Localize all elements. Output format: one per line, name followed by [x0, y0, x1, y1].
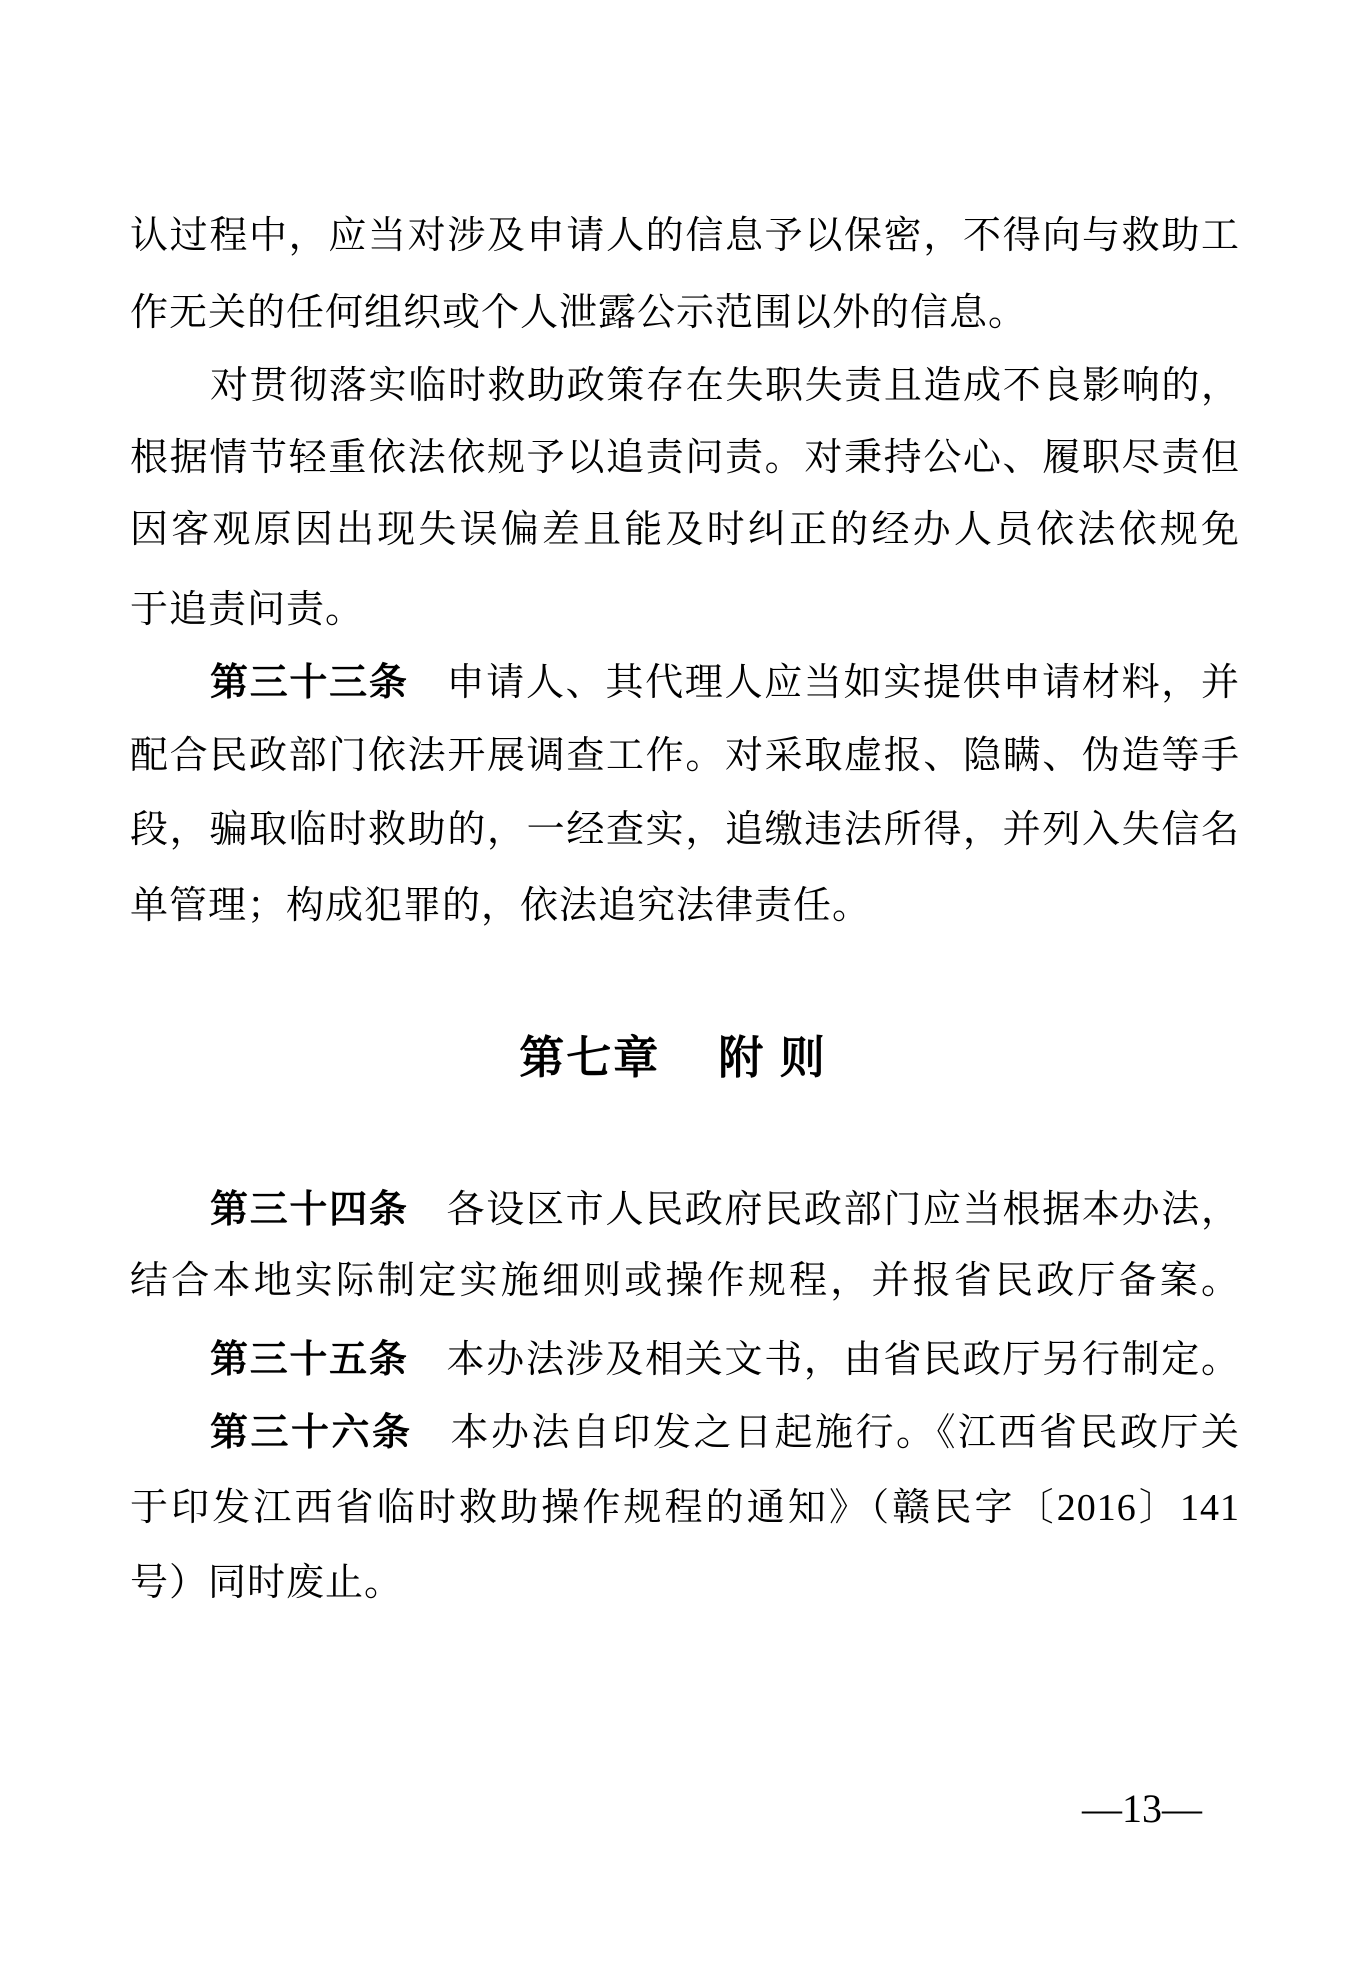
text-line: 于追责问责。 [130, 584, 1240, 636]
article-number: 第三十四条 [210, 1189, 409, 1231]
article-text: 各设区市人民政府民政部门应当根据本办法， [447, 1189, 1240, 1231]
text-line: 号）同时废止。 [130, 1557, 1240, 1609]
article-number: 第三十五条 [210, 1339, 409, 1381]
text-line-article-33: 第三十三条申请人、其代理人应当如实提供申请材料，并 [130, 657, 1240, 709]
article-text: 本办法自印发之日起施行。《江西省民政厅关 [451, 1412, 1240, 1454]
text-line: 结合本地实际制定实施细则或操作规程，并报省民政厅备案。 [130, 1255, 1240, 1307]
text-line: 对贯彻落实临时救助政策存在失职失责且造成不良影响的， [130, 360, 1240, 412]
article-text: 本办法涉及相关文书，由省民政厅另行制定。 [447, 1339, 1240, 1381]
chapter-heading: 第七章附 则 [0, 1030, 1346, 1086]
text-line: 单管理；构成犯罪的，依法追究法律责任。 [130, 880, 1240, 932]
text-line: 认过程中，应当对涉及申请人的信息予以保密，不得向与救助工 [130, 210, 1240, 262]
text-line: 配合民政部门依法开展调查工作。对采取虚报、隐瞒、伪造等手 [130, 730, 1240, 782]
article-text: 申请人、其代理人应当如实提供申请材料，并 [447, 662, 1240, 704]
text-line: 根据情节轻重依法依规予以追责问责。对秉持公心、履职尽责但 [130, 432, 1240, 484]
page-number: —13— [1082, 1786, 1202, 1832]
text-line: 因客观原因出现失误偏差且能及时纠正的经办人员依法依规免 [130, 504, 1240, 556]
document-page: 认过程中，应当对涉及申请人的信息予以保密，不得向与救助工 作无关的任何组织或个人… [0, 0, 1346, 1962]
text-line-article-35: 第三十五条本办法涉及相关文书，由省民政厅另行制定。 [130, 1334, 1240, 1386]
text-line: 作无关的任何组织或个人泄露公示范围以外的信息。 [130, 287, 1240, 339]
chapter-number: 第七章 [519, 1032, 660, 1083]
chapter-title: 附 则 [718, 1032, 827, 1083]
article-number: 第三十三条 [210, 662, 409, 704]
text-line: 于印发江西省临时救助操作规程的通知》（赣民字〔2016〕141 [130, 1482, 1240, 1534]
text-line: 段，骗取临时救助的，一经查实，追缴违法所得，并列入失信名 [130, 804, 1240, 856]
text-line-article-34: 第三十四条各设区市人民政府民政部门应当根据本办法， [130, 1184, 1240, 1236]
text-line-article-36: 第三十六条本办法自印发之日起施行。《江西省民政厅关 [130, 1407, 1240, 1459]
article-number: 第三十六条 [210, 1412, 413, 1454]
